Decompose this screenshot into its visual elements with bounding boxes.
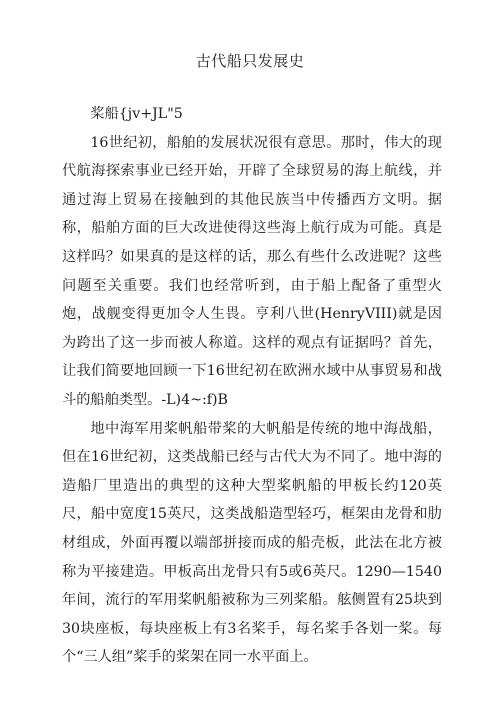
section-heading: 桨船{jv+JL"5 (62, 100, 442, 129)
paragraph-2: 地中海军用桨帆船带桨的大帆船是传统的地中海战船，但在16世纪初，这类战船已经与古… (62, 415, 442, 672)
document-title: 古代船只发展史 (0, 50, 500, 71)
document-page: 古代船只发展史 桨船{jv+JL"5 16世纪初，船舶的发展状况很有意思。那时，… (0, 0, 500, 707)
document-body: 桨船{jv+JL"5 16世纪初，船舶的发展状况很有意思。那时，伟大的现代航海探… (62, 100, 442, 672)
paragraph-1: 16世纪初，船舶的发展状况很有意思。那时，伟大的现代航海探索事业已经开始，开辟了… (62, 129, 442, 415)
